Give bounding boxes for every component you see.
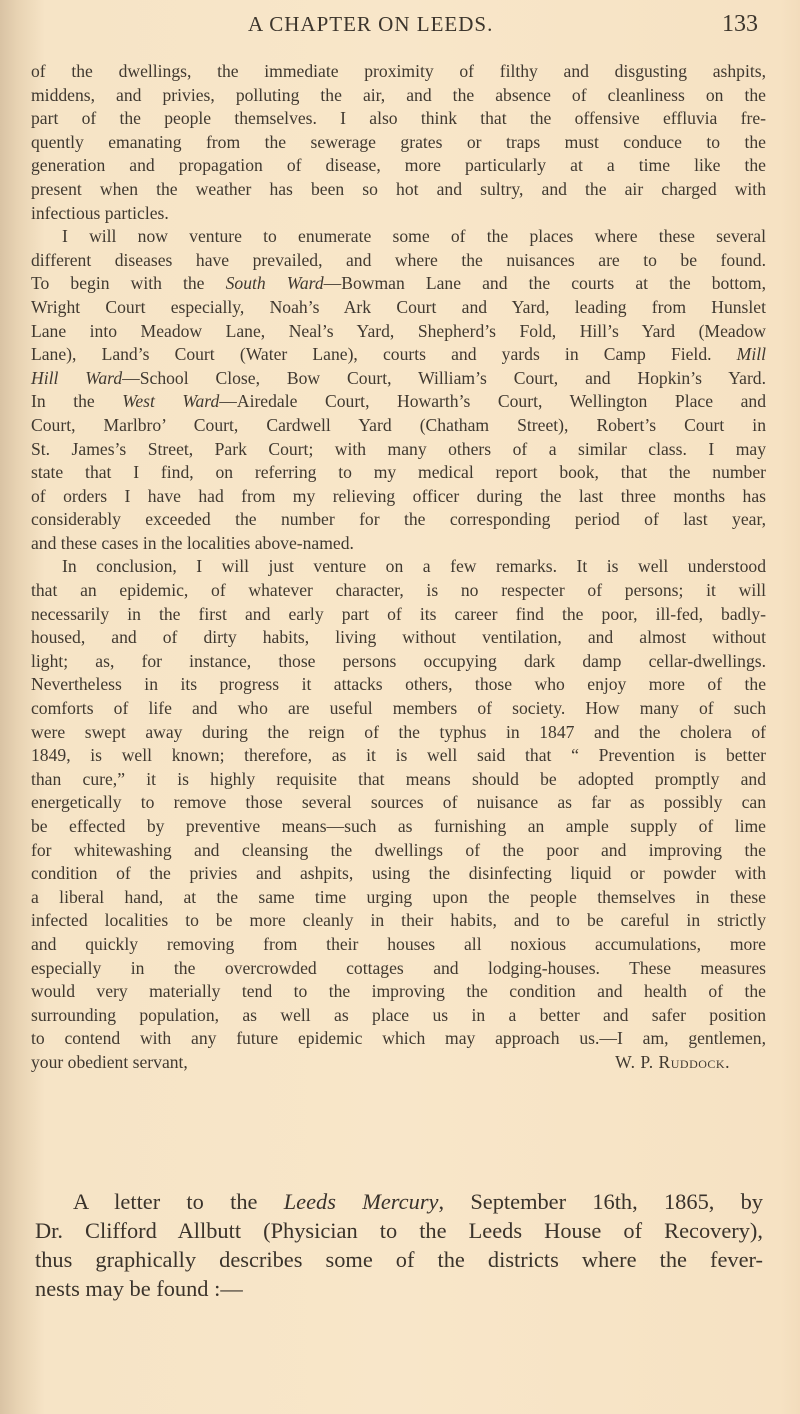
- running-title: A CHAPTER ON LEEDS.: [248, 12, 493, 37]
- text-line: present when the weather has been so hot…: [31, 178, 766, 202]
- text-line: 1849, is well known; therefore, as it is…: [31, 744, 766, 768]
- text-span: To begin with the: [31, 273, 226, 293]
- text-line: of the dwellings, the immediate proximit…: [31, 60, 766, 84]
- text-line: to contend with any future epidemic whic…: [31, 1027, 766, 1051]
- paragraph-1: of the dwellings, the immediate proximit…: [31, 60, 766, 225]
- text-line: In conclusion, I will just venture on a …: [31, 555, 766, 579]
- newspaper-title: Leeds Mercury: [284, 1189, 439, 1214]
- text-line: part of the people themselves. I also th…: [31, 107, 766, 131]
- text-line: a liberal hand, at the same time urging …: [31, 886, 766, 910]
- text-line: A letter to the Leeds Mercury, September…: [35, 1187, 763, 1216]
- text-line: light; as, for instance, those persons o…: [31, 650, 766, 674]
- text-line: energetically to remove those several so…: [31, 791, 766, 815]
- text-line: be effected by preventive means—such as …: [31, 815, 766, 839]
- text-line: state that I find, on referring to my me…: [31, 461, 766, 485]
- text-span: —School Close, Bow Court, William’s Cour…: [122, 368, 766, 388]
- text-line: considerably exceeded the number for the…: [31, 508, 766, 532]
- text-line: for whitewashing and cleansing the dwell…: [31, 839, 766, 863]
- book-page: A CHAPTER ON LEEDS. 133 of the dwellings…: [0, 0, 800, 1414]
- text-line: quently emanating from the sewerage grat…: [31, 131, 766, 155]
- ward-name-south: South Ward: [226, 273, 324, 293]
- page-number: 133: [722, 11, 758, 38]
- text-line: infected localities to be more cleanly i…: [31, 909, 766, 933]
- running-head: A CHAPTER ON LEEDS. 133: [0, 12, 800, 42]
- text-span: —Bowman Lane and the courts at the botto…: [324, 273, 766, 293]
- text-span: In the: [31, 391, 122, 411]
- paragraph-2: I will now venture to enumerate some of …: [31, 225, 766, 555]
- text-line: To begin with the South Ward—Bowman Lane…: [31, 272, 766, 296]
- text-line: than cure,” it is highly requisite that …: [31, 768, 766, 792]
- text-line: thus graphically describes some of the d…: [35, 1245, 763, 1274]
- text-span: , September 16th, 1865, by: [438, 1189, 763, 1214]
- text-line: and these cases in the localities above-…: [31, 532, 766, 556]
- paragraph-3: In conclusion, I will just venture on a …: [31, 555, 766, 1074]
- text-line: infectious particles.: [31, 202, 766, 226]
- body-text: of the dwellings, the immediate proximit…: [31, 60, 766, 1075]
- text-line: especially in the overcrowded cottages a…: [31, 957, 766, 981]
- text-line: St. James’s Street, Park Court; with man…: [31, 438, 766, 462]
- text-span: —Airedale Court, Howarth’s Court, Wellin…: [219, 391, 766, 411]
- text-line: In the West Ward—Airedale Court, Howarth…: [31, 390, 766, 414]
- text-line: that an epidemic, of whatever character,…: [31, 579, 766, 603]
- text-line: housed, and of dirty habits, living with…: [31, 626, 766, 650]
- text-line: I will now venture to enumerate some of …: [31, 225, 766, 249]
- ward-name-mill-hill: Mill: [737, 344, 766, 364]
- text-line: and quickly removing from their houses a…: [31, 933, 766, 957]
- introductory-paragraph: A letter to the Leeds Mercury, September…: [35, 1187, 763, 1303]
- text-line: middens, and privies, polluting the air,…: [31, 84, 766, 108]
- text-line: necessarily in the first and early part …: [31, 603, 766, 627]
- text-line: Lane), Land’s Court (Water Lane), courts…: [31, 343, 766, 367]
- ward-name-west: West Ward: [122, 391, 219, 411]
- text-line: Court, Marlbro’ Court, Cardwell Yard (Ch…: [31, 414, 766, 438]
- text-line: surrounding population, as well as place…: [31, 1004, 766, 1028]
- text-span: Lane), Land’s Court (Water Lane), courts…: [31, 344, 737, 364]
- letter-closing: your obedient servant,: [31, 1051, 188, 1075]
- text-line: Nevertheless in its progress it attacks …: [31, 673, 766, 697]
- text-line: condition of the privies and ashpits, us…: [31, 862, 766, 886]
- text-line: of orders I have had from my relieving o…: [31, 485, 766, 509]
- text-line: different diseases have prevailed, and w…: [31, 249, 766, 273]
- text-line: Lane into Meadow Lane, Neal’s Yard, Shep…: [31, 320, 766, 344]
- text-line: nests may be found :—: [35, 1274, 763, 1303]
- text-span: A letter to the: [73, 1189, 284, 1214]
- text-line: Wright Court especially, Noah’s Ark Cour…: [31, 296, 766, 320]
- ward-name-mill-hill-cont: Hill Ward: [31, 368, 122, 388]
- letter-signature: W. P. Ruddock.: [615, 1051, 766, 1075]
- text-line: would very materially tend to the improv…: [31, 980, 766, 1004]
- text-line: comforts of life and who are useful memb…: [31, 697, 766, 721]
- text-line: generation and propagation of disease, m…: [31, 154, 766, 178]
- closing-line: your obedient servant, W. P. Ruddock.: [31, 1051, 766, 1075]
- text-line: were swept away during the reign of the …: [31, 721, 766, 745]
- text-line: Dr. Clifford Allbutt (Physician to the L…: [35, 1216, 763, 1245]
- text-line: Hill Ward—School Close, Bow Court, Willi…: [31, 367, 766, 391]
